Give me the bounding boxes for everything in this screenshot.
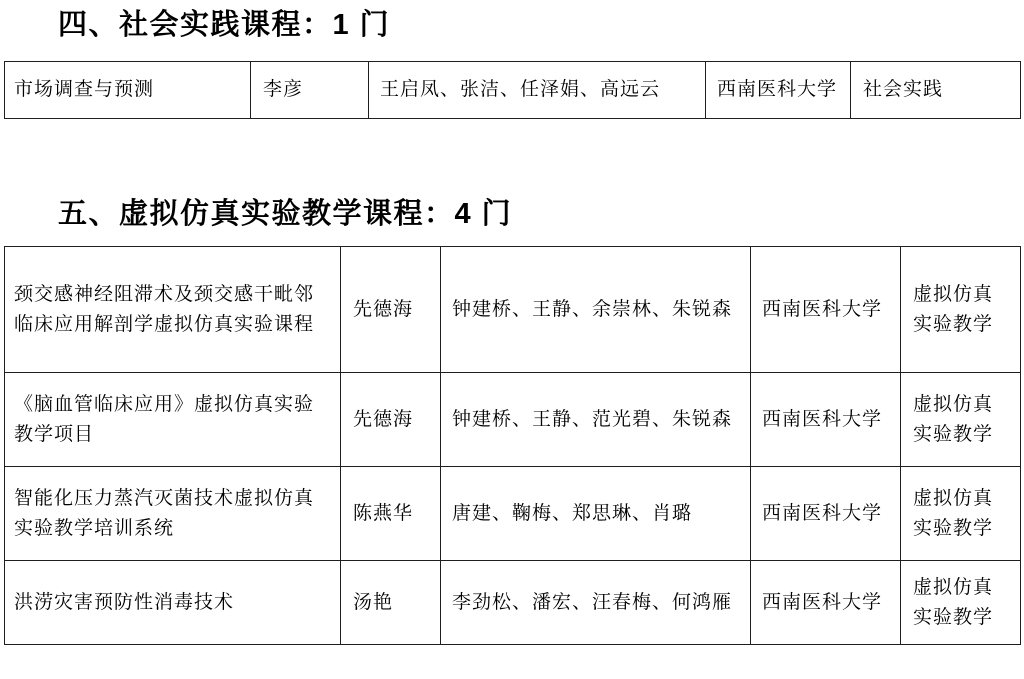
section-heading-social-practice: 四、社会实践课程：1 门 (58, 8, 1024, 42)
university-cell: 西南医科大学 (751, 247, 901, 373)
university-cell: 西南医科大学 (751, 467, 901, 561)
university-cell: 西南医科大学 (706, 62, 851, 119)
table-row: 洪涝灾害预防性消毒技术 汤艳 李劲松、潘宏、汪春梅、何鸿雁 西南医科大学 虚拟仿… (5, 561, 1021, 645)
course-name-cell: 《脑血管临床应用》虚拟仿真实验教学项目 (5, 373, 341, 467)
table-row: 颈交感神经阻滞术及颈交感干毗邻临床应用解剖学虚拟仿真实验课程 先德海 钟建桥、王… (5, 247, 1021, 373)
category-cell: 社会实践 (851, 62, 1021, 119)
table-row: 智能化压力蒸汽灭菌技术虚拟仿真实验教学培训系统 陈燕华 唐建、鞠梅、郑思琳、肖璐… (5, 467, 1021, 561)
category-cell: 虚拟仿真实验教学 (901, 467, 1021, 561)
course-name-cell: 市场调查与预测 (5, 62, 251, 119)
university-cell: 西南医科大学 (751, 561, 901, 645)
virtual-simulation-course-table: 颈交感神经阻滞术及颈交感干毗邻临床应用解剖学虚拟仿真实验课程 先德海 钟建桥、王… (4, 246, 1021, 645)
social-practice-course-table: 市场调查与预测 李彦 王启凤、张洁、任泽娟、高远云 西南医科大学 社会实践 (4, 61, 1021, 119)
team-cell: 王启凤、张洁、任泽娟、高远云 (369, 62, 706, 119)
leader-cell: 汤艳 (341, 561, 441, 645)
table-row: 市场调查与预测 李彦 王启凤、张洁、任泽娟、高远云 西南医科大学 社会实践 (5, 62, 1021, 119)
team-cell: 钟建桥、王静、范光碧、朱锐森 (441, 373, 751, 467)
category-cell: 虚拟仿真实验教学 (901, 561, 1021, 645)
section-heading-virtual-simulation: 五、虚拟仿真实验教学课程：4 门 (58, 197, 1024, 231)
category-cell: 虚拟仿真实验教学 (901, 373, 1021, 467)
team-cell: 钟建桥、王静、余崇林、朱锐森 (441, 247, 751, 373)
course-name-cell: 颈交感神经阻滞术及颈交感干毗邻临床应用解剖学虚拟仿真实验课程 (5, 247, 341, 373)
course-name-cell: 智能化压力蒸汽灭菌技术虚拟仿真实验教学培训系统 (5, 467, 341, 561)
leader-cell: 先德海 (341, 373, 441, 467)
table-row: 《脑血管临床应用》虚拟仿真实验教学项目 先德海 钟建桥、王静、范光碧、朱锐森 西… (5, 373, 1021, 467)
team-cell: 李劲松、潘宏、汪春梅、何鸿雁 (441, 561, 751, 645)
leader-cell: 李彦 (251, 62, 369, 119)
university-cell: 西南医科大学 (751, 373, 901, 467)
team-cell: 唐建、鞠梅、郑思琳、肖璐 (441, 467, 751, 561)
leader-cell: 先德海 (341, 247, 441, 373)
leader-cell: 陈燕华 (341, 467, 441, 561)
category-cell: 虚拟仿真实验教学 (901, 247, 1021, 373)
course-name-cell: 洪涝灾害预防性消毒技术 (5, 561, 341, 645)
